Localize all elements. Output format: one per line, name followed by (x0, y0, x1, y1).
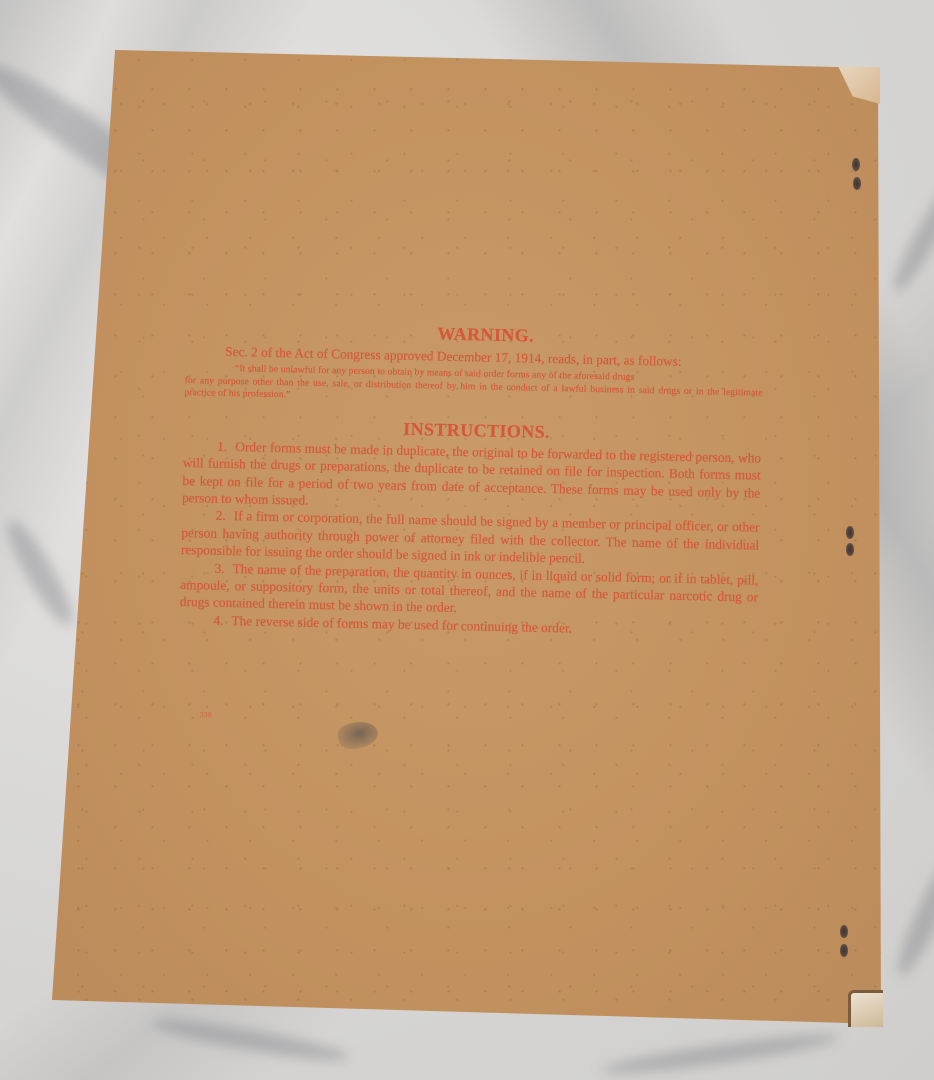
marble-vein (150, 1013, 350, 1067)
punch-hole (840, 925, 848, 938)
folded-corner-bottom-right (848, 990, 883, 1027)
instruction-number: 4. (213, 613, 223, 628)
printed-text-block: WARNING. Sec. 2 of the Act of Congress a… (179, 318, 764, 641)
punch-hole (846, 526, 854, 539)
instruction-number: 2. (216, 508, 226, 523)
instruction-number: 3. (214, 560, 224, 575)
marble-vein (0, 515, 81, 632)
punch-hole (853, 177, 861, 190)
form-number: 338 (200, 711, 212, 719)
marble-vein (885, 165, 934, 297)
instruction-text: The name of the preparation, the quantit… (180, 561, 759, 616)
instruction-item: 1.Order forms must be made in duplicate,… (182, 437, 761, 519)
instruction-number: 1. (217, 438, 227, 453)
punch-hole (846, 543, 854, 556)
instructions-list: 1.Order forms must be made in duplicate,… (179, 437, 761, 641)
marble-vein (890, 843, 934, 980)
instruction-text: Order forms must be made in duplicate, t… (182, 439, 761, 508)
punch-hole (840, 944, 848, 957)
punch-hole (852, 158, 860, 171)
instruction-text: If a firm or corporation, the full name … (181, 508, 760, 565)
marble-vein (600, 1028, 840, 1079)
